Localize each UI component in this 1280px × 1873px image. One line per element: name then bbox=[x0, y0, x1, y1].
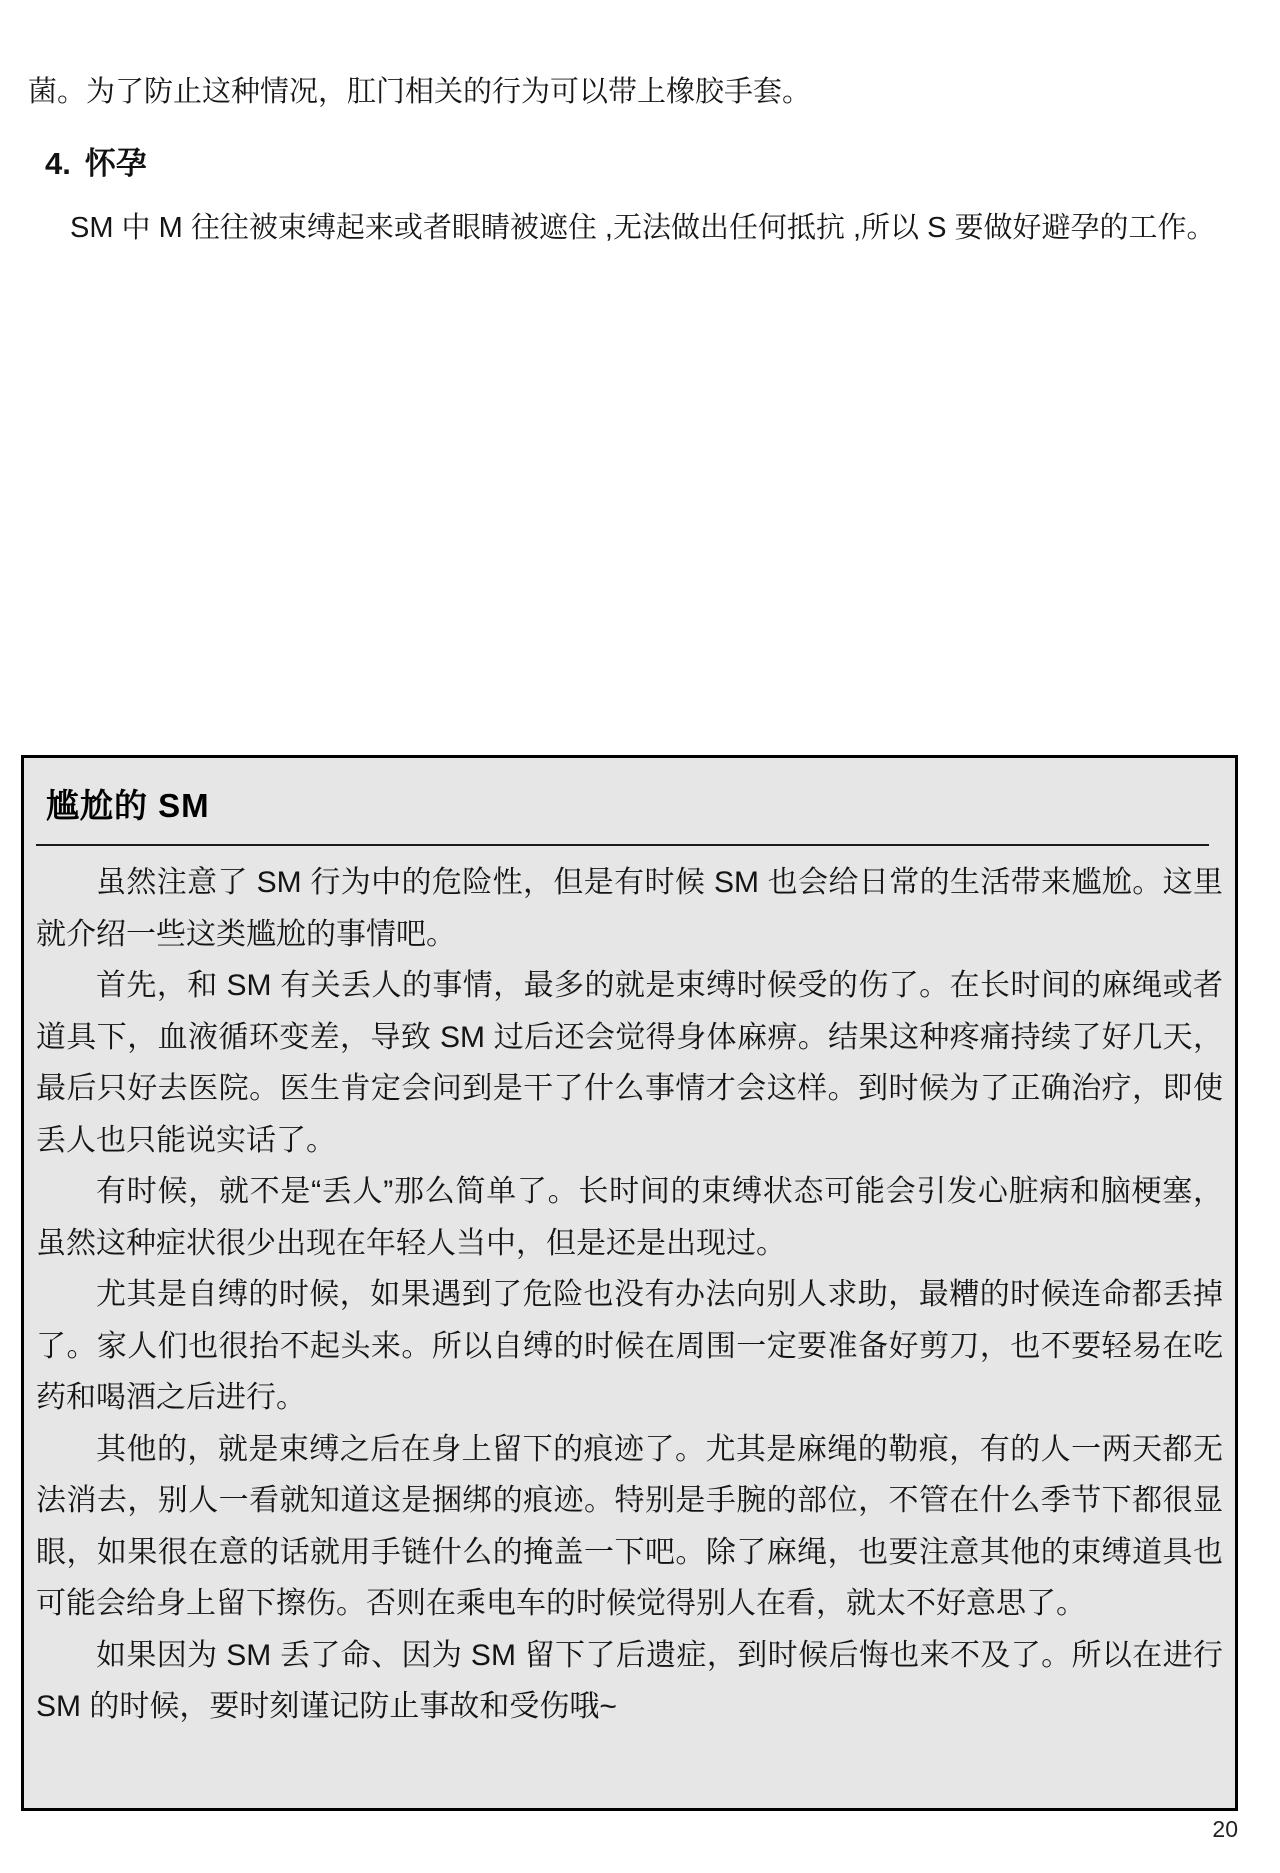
callout-paragraph-2: 首先，和 SM 有关丢人的事情，最多的就是束缚时候受的伤了。在长时间的麻绳或者道… bbox=[36, 960, 1223, 1166]
callout-paragraph-5: 其他的，就是束缚之后在身上留下的痕迹了。尤其是麻绳的勒痕，有的人一两天都无法消去… bbox=[36, 1424, 1223, 1630]
section-body-paragraph: SM 中 M 往往被束缚起来或者眼睛被遮住 ,无法做出任何抵抗 ,所以 S 要做… bbox=[28, 210, 1234, 246]
page-number: 20 bbox=[1212, 1816, 1238, 1843]
document-page: 菌。为了防止这种情况，肛门相关的行为可以带上橡胶手套。 4. 怀孕 SM 中 M… bbox=[0, 0, 1280, 1873]
callout-paragraph-4: 尤其是自缚的时候，如果遇到了危险也没有办法向别人求助，最糟的时候连命都丢掉了。家… bbox=[36, 1269, 1223, 1424]
callout-paragraph-3: 有时候，就不是“丢人”那么简单了。长时间的束缚状态可能会引发心脏病和脑梗塞，虽然… bbox=[36, 1166, 1223, 1269]
callout-box-title: 尴尬的 SM bbox=[46, 780, 1223, 827]
callout-paragraph-6: 如果因为 SM 丢了命、因为 SM 留下了后遗症，到时候后悔也来不及了。所以在进… bbox=[36, 1630, 1223, 1733]
title-divider bbox=[36, 844, 1209, 846]
section-number: 4. bbox=[45, 146, 71, 182]
callout-box: 尴尬的 SM 虽然注意了 SM 行为中的危险性，但是有时候 SM 也会给日常的生… bbox=[21, 755, 1238, 1811]
section-title: 怀孕 bbox=[85, 138, 147, 183]
callout-paragraph-1: 虽然注意了 SM 行为中的危险性，但是有时候 SM 也会给日常的生活带来尴尬。这… bbox=[36, 857, 1223, 960]
section-heading: 4. 怀孕 bbox=[45, 138, 1234, 183]
intro-paragraph: 菌。为了防止这种情况，肛门相关的行为可以带上橡胶手套。 bbox=[28, 74, 1234, 110]
